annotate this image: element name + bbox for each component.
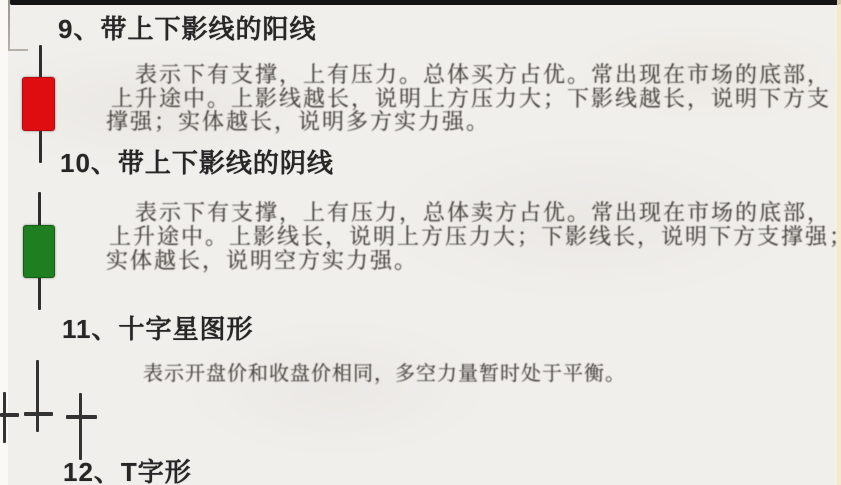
- doji-cross-3-vertical: [79, 393, 82, 460]
- doji-cross-1-horizontal: [0, 413, 19, 417]
- bullish-candle-body: [22, 77, 55, 131]
- section-9-body-line: 撑强；实体越长，说明多方实力强。: [106, 105, 490, 136]
- doji-cross-2-horizontal: [24, 412, 53, 416]
- bearish-candle-body: [23, 225, 55, 278]
- section-12-heading: 12、T字形: [63, 452, 192, 485]
- doji-cross-3-horizontal: [66, 415, 97, 419]
- scan-top-border: [10, 0, 841, 5]
- doji-cross-1-vertical: [3, 392, 6, 443]
- scan-corner-line-vertical: [8, 0, 10, 50]
- section-9-heading: 9、带上下影线的阳线: [58, 9, 316, 46]
- section-11-heading: 11、十字星图形: [62, 309, 254, 346]
- doji-cross-2-vertical: [36, 360, 39, 432]
- document-page: 9、带上下影线的阳线 表示下有支撑，上有压力。总体买方占优。常出现在市场的底部，…: [0, 0, 841, 485]
- section-10-heading: 10、带上下影线的阴线: [60, 143, 334, 180]
- scan-corner-line-horizontal: [8, 49, 28, 51]
- section-11-body-line: 表示开盘价和收盘价相同，多空力量暂时处于平衡。: [143, 357, 626, 386]
- section-10-body-line: 实体越长，说明空方实力强。: [106, 244, 418, 275]
